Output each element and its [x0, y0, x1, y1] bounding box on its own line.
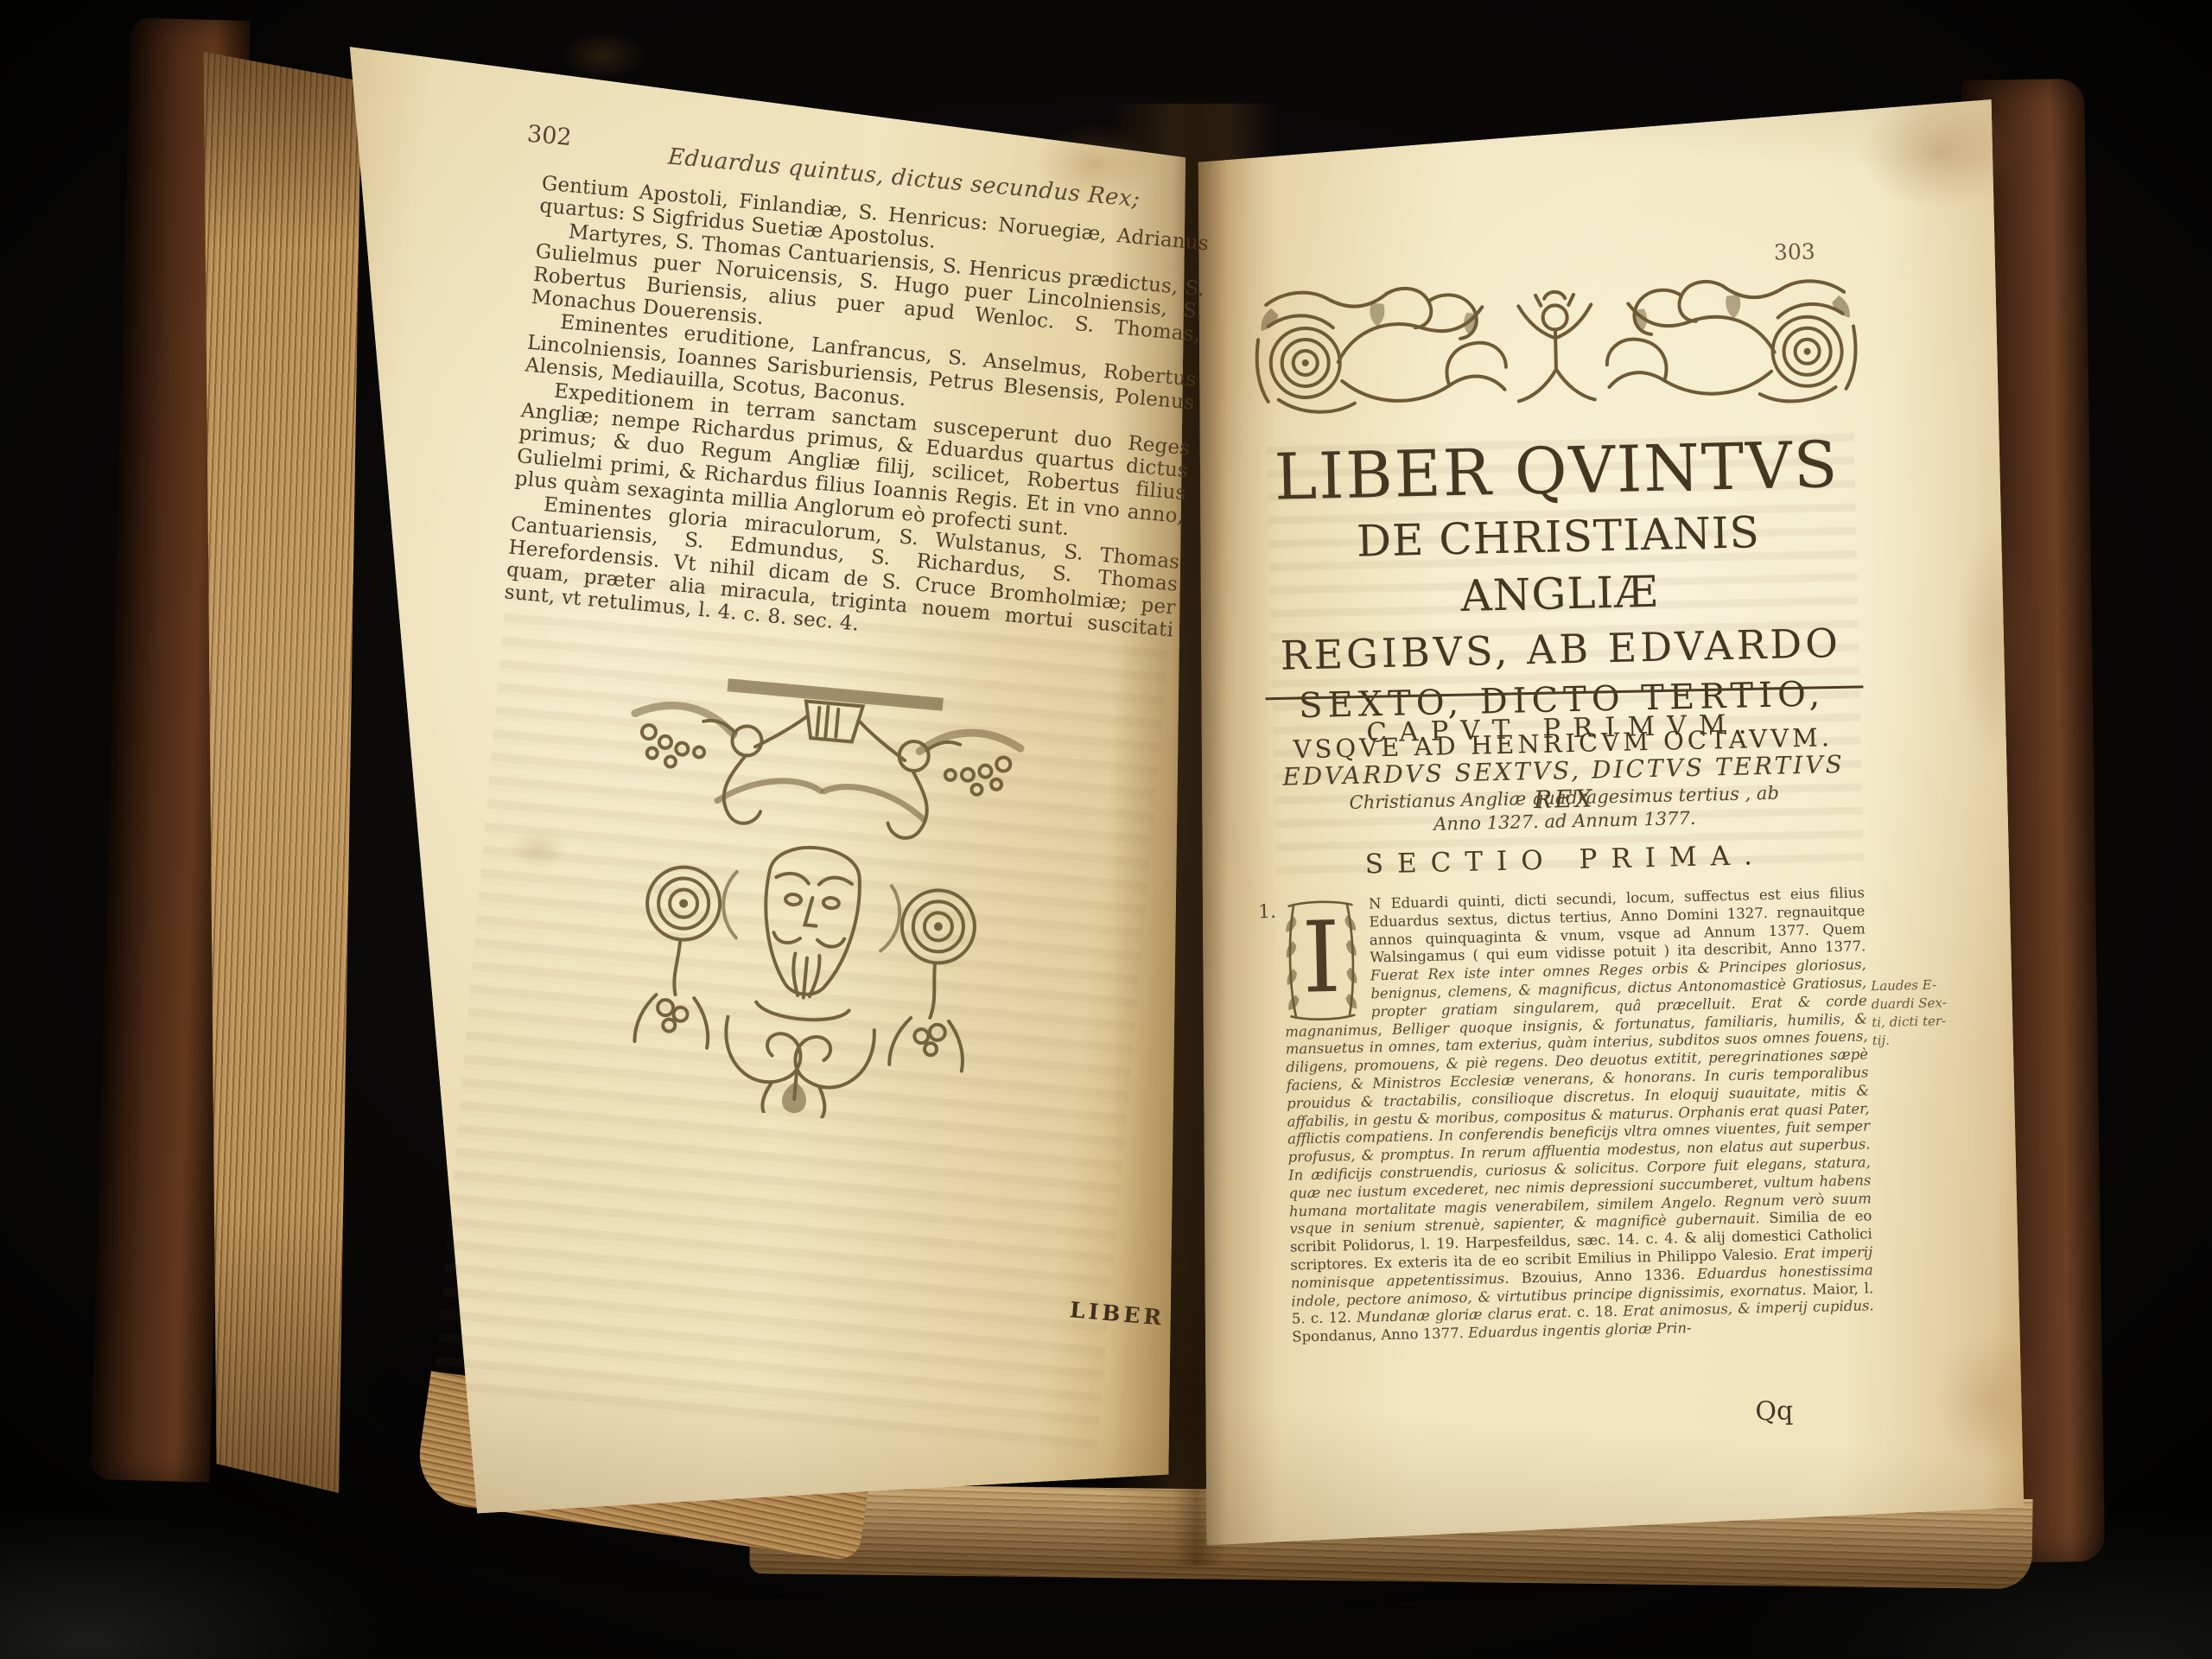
headpiece-ornament	[1250, 265, 1863, 428]
body-text-segment: N Eduardi quinti, dicti secundi, locum, …	[1369, 884, 1866, 965]
left-fore-edge-stack	[200, 43, 361, 1502]
body-text-segment: c. 18.	[1577, 1303, 1624, 1320]
body-block: 1.	[1258, 884, 1875, 1347]
decorated-initial-I: I	[1282, 899, 1361, 1023]
svg-text:I: I	[1300, 900, 1342, 1015]
body-text-segment: Fuerat Rex iste inter omnes Reges orbis …	[1285, 957, 1872, 1237]
tailpiece-woodcut-ornament	[586, 662, 1039, 1134]
right-page-content: 303	[1207, 92, 2061, 1571]
body-text-segment: Spondanus, Anno 1377.	[1292, 1325, 1468, 1345]
book-photograph: 302 Eduardus quintus, dictus secundus Re…	[0, 0, 2212, 1659]
right-page-number: 303	[1774, 239, 1815, 265]
margin-note-line: duardi Sex-	[1872, 994, 1954, 1014]
title-line-2: DE CHRISTIANIS ANGLIÆ	[1251, 501, 1867, 629]
body-segments: N Eduardi quinti, dicti secundi, locum, …	[1285, 884, 1874, 1344]
signature-mark: Qq	[1755, 1395, 1794, 1427]
body-text: I N Eduardi quinti, dicti secundi, locum…	[1282, 884, 1875, 1346]
body-text-segment: Bzouius, Anno 1336.	[1521, 1266, 1697, 1287]
paragraph-number: 1.	[1258, 901, 1277, 923]
margin-note: Laudes E-duardi Sex-ti, dicti ter-tij.	[1871, 976, 1955, 1050]
left-page-number: 302	[526, 121, 573, 152]
left-text-block: Gentium Apostoli, Finlandiæ, S. Henricus…	[504, 172, 1210, 664]
section-heading: SECTIO PRIMA.	[1259, 837, 1873, 882]
margin-note-line: ti, dicti ter-	[1872, 1012, 1954, 1032]
margin-note-line: Laudes E-	[1871, 976, 1953, 995]
margin-note-line: tij.	[1872, 1030, 1954, 1050]
body-text-segment: Eduardus ingentis gloriæ Prin-	[1468, 1319, 1692, 1341]
paper-stain	[560, 31, 646, 79]
title-line-1: LIBER QVINTVS	[1249, 427, 1865, 515]
